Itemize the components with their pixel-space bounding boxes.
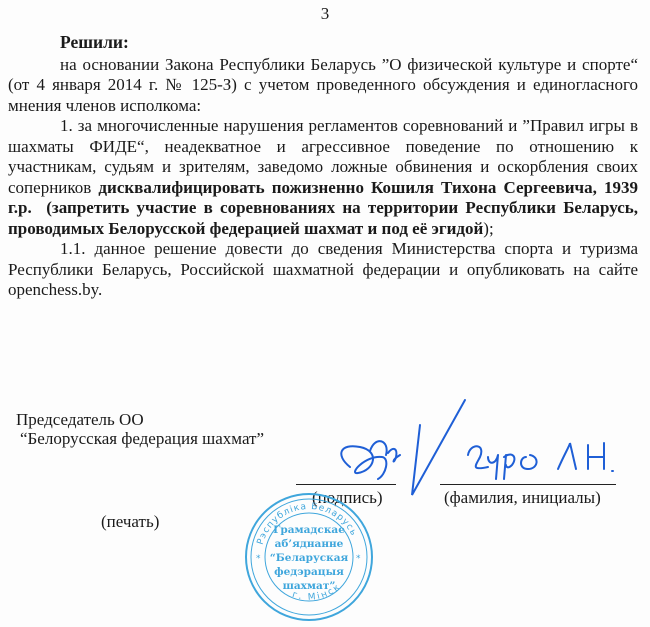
seal-stamp-icon: Рэспубліка Беларусь г. Мінск * * Грамадс… <box>243 491 375 623</box>
svg-text:аб’яднанне: аб’яднанне <box>275 538 344 550</box>
chairman-title-line1: Председатель ОО <box>16 410 264 429</box>
item-1-paragraph: 1. за многочисленные нарушения регламент… <box>8 116 638 239</box>
svg-text:*: * <box>256 554 261 564</box>
legal-basis-paragraph: на основании Закона Республики Беларусь … <box>8 55 638 117</box>
chairman-title: Председатель ОО “Белорусская федерация ш… <box>16 410 264 448</box>
svg-text:Грамадскае: Грамадскае <box>273 524 345 536</box>
svg-text:*: * <box>356 554 361 564</box>
handwritten-signature-icon <box>320 395 640 505</box>
item-1-1-paragraph: 1.1. данное решение довести до сведения … <box>8 239 638 301</box>
chairman-title-line2: “Белорусская федерация шахмат” <box>16 429 264 448</box>
svg-text:шахмат”: шахмат” <box>283 580 336 592</box>
decision-heading: Решили: <box>8 32 638 53</box>
seal-label: (печать) <box>101 512 159 532</box>
svg-text:“Беларуская: “Беларуская <box>270 552 349 564</box>
document-body: Решили: на основании Закона Республики Б… <box>8 32 638 301</box>
item-1-prohibition: (запретить участие в соревнованиях на те… <box>8 198 638 238</box>
svg-text:федэрацыя: федэрацыя <box>274 566 344 578</box>
item-1-tail: ); <box>483 219 493 238</box>
page-number: 3 <box>0 4 650 24</box>
